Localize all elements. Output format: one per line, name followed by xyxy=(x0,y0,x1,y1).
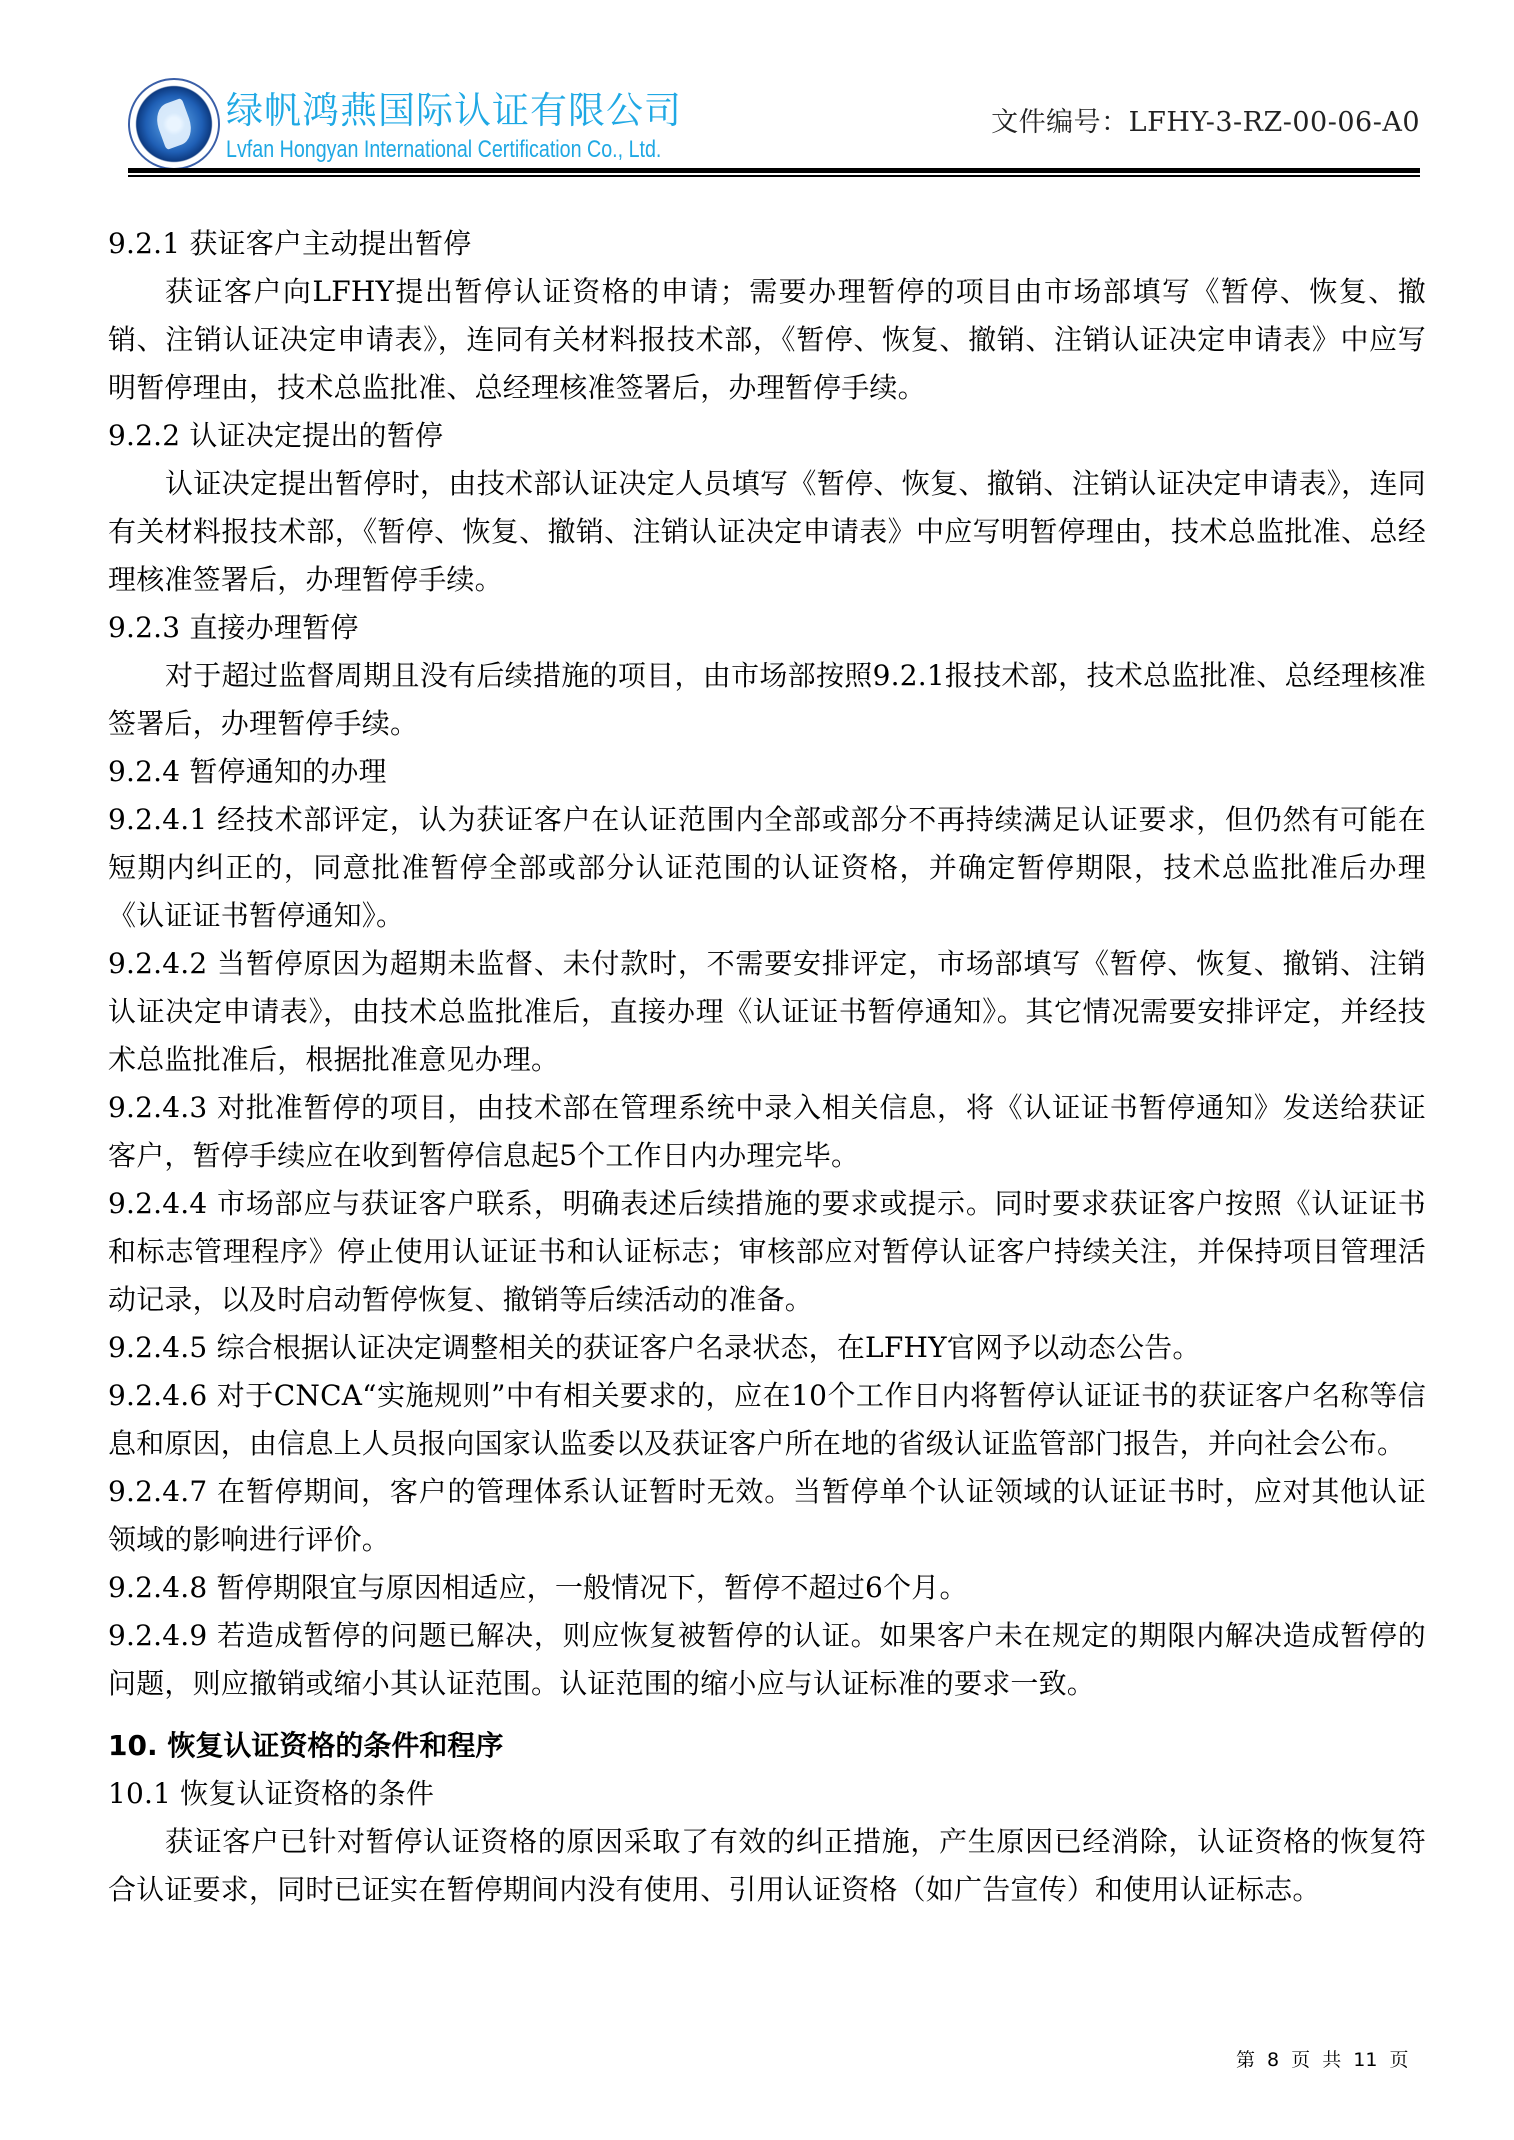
clause-9-2-4-5: 9.2.4.5 综合根据认证决定调整相关的获证客户名录状态，在LFHY官网予以动… xyxy=(108,1324,1426,1372)
clause-9-2-4-7: 9.2.4.7 在暂停期间，客户的管理体系认证暂时无效。当暂停单个认证领域的认证… xyxy=(108,1468,1426,1564)
company-name-cn: 绿帆鸿燕国际认证有限公司 xyxy=(226,80,682,134)
clause-9-2-4-6: 9.2.4.6 对于CNCA“实施规则”中有相关要求的，应在10个工作日内将暂停… xyxy=(108,1372,1426,1468)
section-body-9-2-1: 获证客户向LFHY提出暂停认证资格的申请；需要办理暂停的项目由市场部填写《暂停、… xyxy=(108,268,1426,412)
header-divider-thick xyxy=(128,168,1420,173)
section-title-9-2-4: 9.2.4 暂停通知的办理 xyxy=(108,748,1426,796)
section-title-9-2-1: 9.2.1 获证客户主动提出暂停 xyxy=(108,220,1426,268)
clause-9-2-4-4: 9.2.4.4 市场部应与获证客户联系，明确表述后续措施的要求或提示。同时要求获… xyxy=(108,1180,1426,1324)
section-body-9-2-2: 认证决定提出暂停时，由技术部认证决定人员填写《暂停、恢复、撤销、注销认证决定申请… xyxy=(108,460,1426,604)
clause-9-2-4-3: 9.2.4.3 对批准暂停的项目，由技术部在管理系统中录入相关信息，将《认证证书… xyxy=(108,1084,1426,1180)
company-name-en: Lvfan Hongyan International Certificatio… xyxy=(226,136,661,164)
company-logo-icon xyxy=(128,78,220,170)
section-title-10-1: 10.1 恢复认证资格的条件 xyxy=(108,1770,1426,1818)
chapter-title-10: 10. 恢复认证资格的条件和程序 xyxy=(108,1722,1426,1770)
section-body-10-1: 获证客户已针对暂停认证资格的原因采取了有效的纠正措施，产生原因已经消除，认证资格… xyxy=(108,1818,1426,1914)
header-divider-thin xyxy=(128,175,1420,177)
page-indicator: 第 8 页 共 11 页 xyxy=(1236,2045,1408,2072)
clause-9-2-4-9: 9.2.4.9 若造成暂停的问题已解决，则应恢复被暂停的认证。如果客户未在规定的… xyxy=(108,1612,1426,1708)
section-title-9-2-2: 9.2.2 认证决定提出的暂停 xyxy=(108,412,1426,460)
document-body: 9.2.1 获证客户主动提出暂停 获证客户向LFHY提出暂停认证资格的申请；需要… xyxy=(108,220,1426,1914)
section-title-9-2-3: 9.2.3 直接办理暂停 xyxy=(108,604,1426,652)
clause-9-2-4-2: 9.2.4.2 当暂停原因为超期未监督、未付款时，不需要安排评定，市场部填写《暂… xyxy=(108,940,1426,1084)
clause-9-2-4-8: 9.2.4.8 暂停期限宜与原因相适应，一般情况下，暂停不超过6个月。 xyxy=(108,1564,1426,1612)
document-number: 文件编号：LFHY-3-RZ-00-06-A0 xyxy=(991,100,1420,139)
page-header: 绿帆鸿燕国际认证有限公司 Lvfan Hongyan International… xyxy=(128,40,1420,175)
logo-swirl-icon xyxy=(151,98,196,150)
clause-9-2-4-1: 9.2.4.1 经技术部评定，认为获证客户在认证范围内全部或部分不再持续满足认证… xyxy=(108,796,1426,940)
section-body-9-2-3: 对于超过监督周期且没有后续措施的项目，由市场部按照9.2.1报技术部，技术总监批… xyxy=(108,652,1426,748)
